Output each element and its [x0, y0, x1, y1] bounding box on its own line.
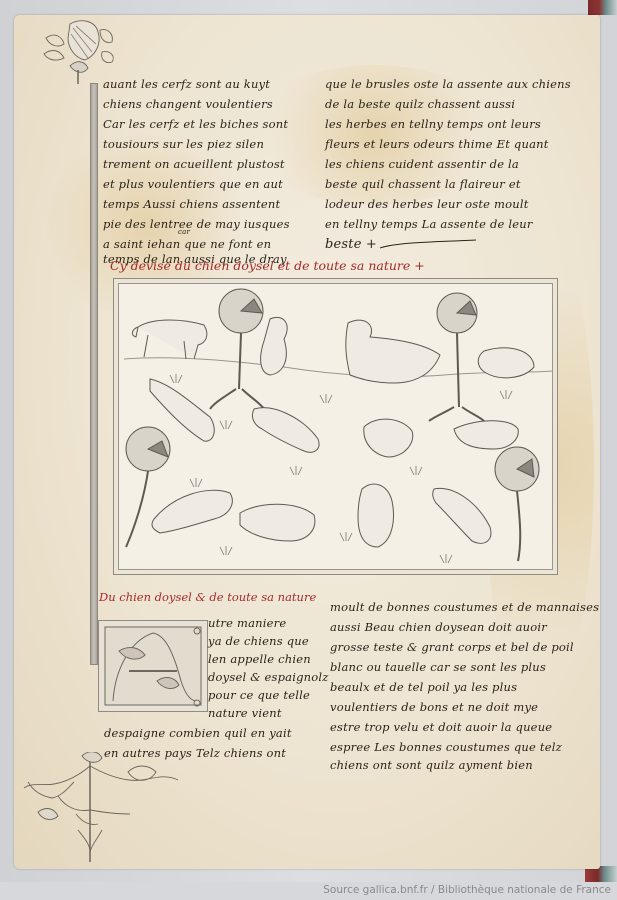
text-line: doysel & espaignolz — [208, 670, 329, 684]
floral-ornament-top-icon — [40, 14, 120, 84]
source-caption: Source gallica.bnf.fr / Bibliothèque nat… — [323, 884, 611, 896]
text-line: les herbes en tellny temps ont leurs — [325, 117, 541, 131]
text-line: nature vient — [208, 706, 282, 720]
chapter-rubric: Cy devise du chien doysel et de toute sa… — [110, 258, 425, 273]
illuminated-initial — [98, 620, 208, 712]
text-line: voulentiers de bons et ne doit mye — [330, 700, 538, 714]
text-line: lodeur des herbes leur oste moult — [325, 197, 529, 211]
text-line: blanc ou tauelle car se sont les plus — [330, 660, 546, 674]
text-line: beaulx et de tel poil ya les plus — [330, 680, 517, 694]
text-line: auant les cerfz sont au kuyt — [103, 77, 270, 91]
text-line: tousiours sur les piez silen — [103, 137, 264, 151]
text-line: en tellny temps La assente de leur — [325, 217, 533, 231]
text-line: grosse teste & grant corps et bel de poi… — [330, 640, 574, 654]
interlinear-note: car — [178, 228, 190, 236]
text-line: len appelle chien — [208, 652, 311, 666]
text-line: pie des lentree de may iusques — [103, 217, 290, 231]
text-line: les chiens cuident assentir de la — [325, 157, 519, 171]
text-line: temps Aussi chiens assentent — [103, 197, 280, 211]
text-line: a saint iehan que ne font en — [103, 237, 271, 251]
text-line: beste quil chassent la flaireur et — [325, 177, 521, 191]
text-line: utre maniere — [208, 616, 286, 630]
text-line: despaigne combien quil en yait — [104, 726, 292, 740]
text-line: estre trop velu et doit auoir la queue — [330, 720, 552, 734]
text-line: pour ce que telle — [208, 688, 310, 702]
text-line: moult de bonnes coustumes et de mannaise… — [330, 600, 599, 614]
text-line: ya de chiens que — [208, 634, 309, 648]
text-line: de la beste quilz chassent aussi — [325, 97, 515, 111]
floral-ornament-bottom-icon — [18, 752, 188, 867]
dogs-landscape-drawing-icon — [114, 279, 557, 574]
text-line: fleurs et leurs odeurs thime Et quant — [325, 137, 549, 151]
text-line: espree Les bonnes coustumes que telz — [330, 740, 562, 754]
text-line: trement on acueillent plustost — [103, 157, 285, 171]
text-line: Car les cerfz et les biches sont — [103, 117, 288, 131]
section-rubric: Du chien doysel & de toute sa nature — [99, 590, 316, 604]
text-line: aussi Beau chien doysean doit auoir — [330, 620, 547, 634]
line-filler-stroke-icon — [378, 232, 478, 252]
text-line: et plus voulentiers que en aut — [103, 177, 283, 191]
binding-edge-top — [588, 0, 617, 15]
dog-illustration — [113, 278, 558, 575]
text-line: que le brusles oste la assente aux chien… — [325, 77, 571, 91]
text-line: chiens ont sont quilz ayment bien — [330, 758, 533, 772]
text-line: beste + — [325, 237, 377, 252]
margin-rule-bar — [90, 83, 98, 665]
initial-letter-a-icon — [99, 621, 207, 711]
text-line: chiens changent voulentiers — [103, 97, 273, 111]
